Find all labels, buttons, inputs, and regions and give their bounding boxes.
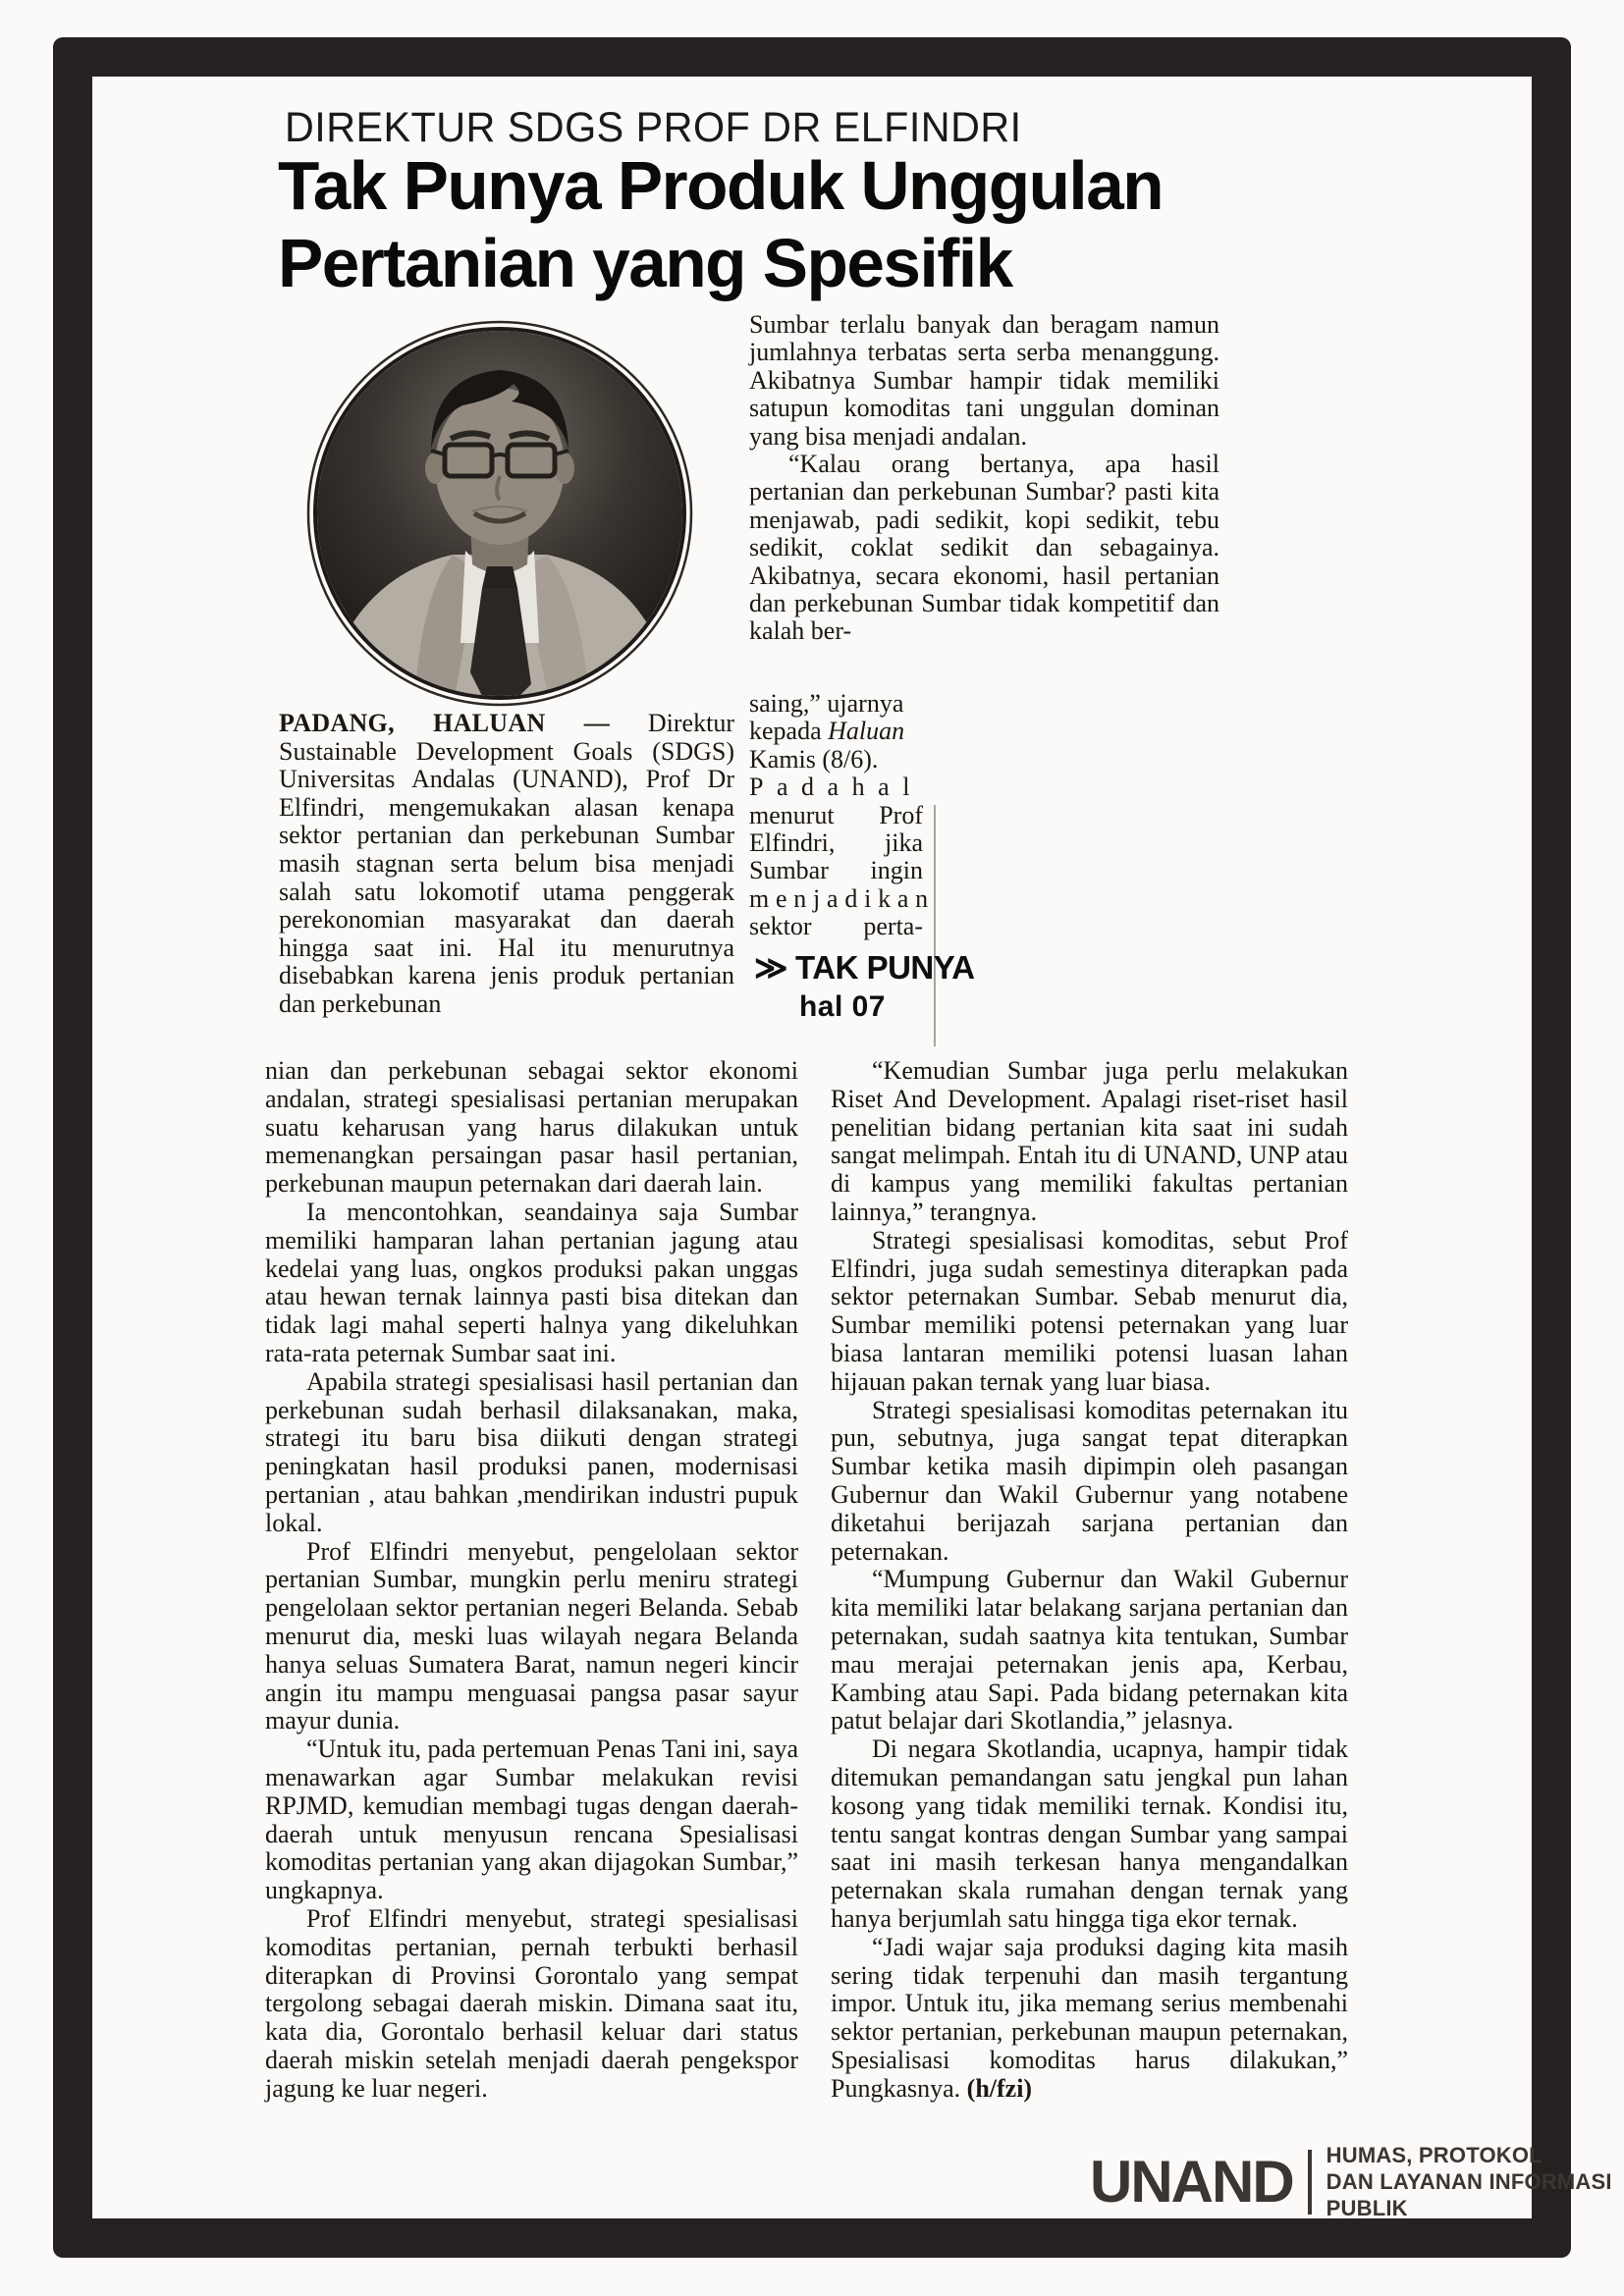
byline: (h/fzi) — [967, 2074, 1032, 2103]
jump-label-row: ≫TAK PUNYA — [754, 948, 915, 987]
double-chevron-icon: ≫ — [754, 949, 787, 986]
narrow-line: Padahal — [749, 774, 923, 801]
footer-divider-bar — [1308, 2150, 1312, 2215]
column-rule — [934, 805, 936, 1046]
paragraph: “Jadi wajar saja produksi daging kita ma… — [831, 1934, 1348, 2104]
article-kicker: DIREKTUR SDGS PROF DR ELFINDRI — [285, 104, 1022, 152]
unand-logo-text: UNAND — [1090, 2153, 1293, 2212]
closing-paragraph-text: “Jadi wajar saja produksi daging kita ma… — [831, 1933, 1348, 2103]
paragraph: Apabila strategi spesialisasi hasil pert… — [265, 1368, 798, 1538]
footer-department-line-2: DAN LAYANAN INFORMASI PUBLIK — [1326, 2168, 1624, 2221]
paragraph: Sumbar terlalu banyak dan beragam namun … — [749, 311, 1219, 451]
dateline: PADANG, HALUAN — — [279, 709, 610, 737]
paragraph: “Kalau orang bertanya, apa hasil pertani… — [749, 451, 1219, 646]
narrow-line: menurut Prof — [749, 802, 923, 829]
paragraph: Strategi spesialisasi komoditas peternak… — [831, 1397, 1348, 1567]
continuation-jump-marker: ≫TAK PUNYA hal 07 — [754, 948, 915, 1024]
paragraph: nian dan perkebunan sebagai sektor ekono… — [265, 1057, 798, 1199]
narrow-line: kepada Haluan — [749, 718, 923, 745]
article-headline: Tak Punya Produk Unggulan Pertanian yang… — [278, 147, 1163, 302]
newspaper-clipping-page: DIREKTUR SDGS PROF DR ELFINDRI Tak Punya… — [0, 0, 1624, 2296]
jump-page-ref: hal 07 — [754, 990, 915, 1024]
paragraph: Di negara Skotlandia, ucapnya, hampir ti… — [831, 1735, 1348, 1934]
lower-left-column: nian dan perkebunan sebagai sektor ekono… — [265, 1057, 798, 2103]
narrow-line: Kamis (8/6). — [749, 746, 923, 774]
narrow-continuation-column: saing,” ujarnya kepada Haluan Kamis (8/6… — [749, 690, 923, 941]
publication-name: Haluan — [828, 717, 904, 745]
portrait-photo-svg — [305, 319, 694, 708]
narrow-line: sektor perta- — [749, 913, 923, 940]
paragraph: Ia mencontohkan, seandainya saja Sumbar … — [265, 1199, 798, 1368]
portrait-photo — [305, 319, 694, 708]
lead-body: Direktur Sustainable Development Goals (… — [279, 709, 734, 1018]
jump-label: TAK PUNYA — [795, 949, 975, 986]
narrow-line: Sumbar ingin — [749, 857, 923, 884]
narrow-line: saing,” ujarnya — [749, 690, 923, 718]
paragraph: Strategi spesialisasi komoditas, sebut P… — [831, 1227, 1348, 1397]
paragraph: Prof Elfindri menyebut, strategi spesial… — [265, 1905, 798, 2104]
headline-line-2: Pertanian yang Spesifik — [278, 225, 1163, 302]
paragraph: “Kemudian Sumbar juga perlu melakukan Ri… — [831, 1057, 1348, 1227]
narrow-line: menjadikan — [749, 885, 923, 913]
publisher-footer: UNAND HUMAS, PROTOKOL DAN LAYANAN INFORM… — [1090, 2142, 1624, 2221]
narrow-line: Elfindri, jika — [749, 829, 923, 857]
footer-department-line-1: HUMAS, PROTOKOL — [1326, 2142, 1624, 2168]
headline-line-1: Tak Punya Produk Unggulan — [278, 147, 1163, 225]
top-right-column: Sumbar terlalu banyak dan beragam namun … — [749, 311, 1219, 646]
lead-paragraph: PADANG, HALUAN — Direktur Sustainable De… — [279, 710, 734, 1019]
footer-department: HUMAS, PROTOKOL DAN LAYANAN INFORMASI PU… — [1326, 2142, 1624, 2221]
narrow-line-text: kepada — [749, 717, 828, 745]
paragraph: “Untuk itu, pada pertemuan Penas Tani in… — [265, 1735, 798, 1905]
paragraph: “Mumpung Gubernur dan Wakil Gubernur kit… — [831, 1566, 1348, 1735]
paragraph: Prof Elfindri menyebut, pengelolaan sekt… — [265, 1538, 798, 1736]
lower-right-column: “Kemudian Sumbar juga perlu melakukan Ri… — [831, 1057, 1348, 2103]
